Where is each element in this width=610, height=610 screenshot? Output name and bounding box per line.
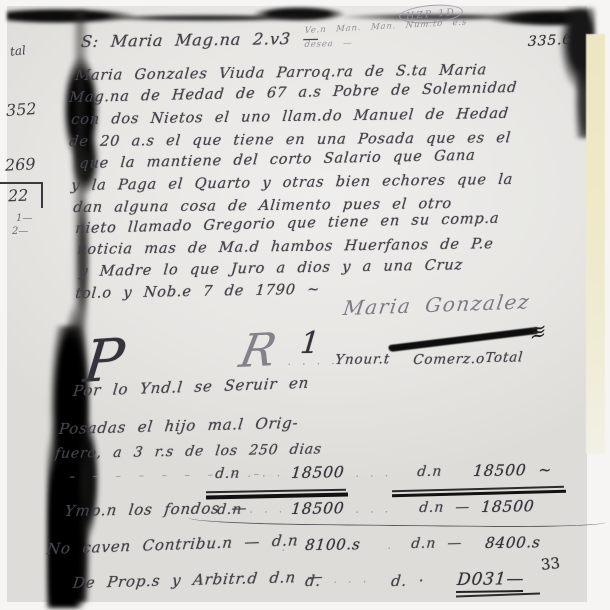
margin-number: 352	[5, 99, 37, 120]
row4-d-2: d. ·	[390, 572, 425, 590]
header-note-line2: desea —	[304, 38, 353, 50]
margin-small-number: 2—	[12, 226, 28, 237]
row4-d-1: d.	[304, 572, 322, 590]
row1-dn-2: d.n	[417, 464, 443, 480]
margin-box-line	[41, 182, 43, 208]
margin-fragment: tal	[9, 43, 26, 59]
smudge-top-edge	[7, 6, 587, 28]
scanned-document: tal 352 269 22 1— 2— HZP 1D S: Maria Mag…	[0, 0, 610, 610]
column-header-dots: · · · ·	[287, 357, 336, 371]
row1-dn-1: d.n	[215, 466, 241, 482]
row3-dn-2: d.n —	[411, 535, 463, 552]
row1-amount-2: 18500 ~	[472, 461, 553, 480]
row1-amount-1: 18500	[290, 463, 345, 482]
row4-dots: · · ·	[333, 576, 368, 589]
row3-amount-1: 8100.s	[304, 535, 361, 554]
margin-small-number: 1—	[16, 213, 32, 224]
row1-dots-1: · · ·	[247, 470, 282, 483]
column-header-comercio: Comerz.o	[413, 351, 486, 368]
column-header-total: Total	[485, 349, 524, 366]
column-header-individual: Ynour.t	[335, 351, 391, 368]
corner-reference-number: 335.6	[528, 32, 572, 50]
folio-number: 33	[540, 554, 561, 574]
row4-amount-2: D031—	[456, 569, 525, 593]
row1-dots-2: · · ·	[355, 470, 390, 483]
margin-number: 269	[5, 154, 36, 175]
row3-amount-2: 8400.s	[484, 533, 541, 552]
row2-amount-2: 18500	[480, 497, 535, 516]
flourish-one: 1	[299, 326, 322, 361]
margin-number: 22	[8, 186, 29, 206]
margin-box-line	[0, 182, 42, 184]
header-title: S: Maria Mag.na 2.v3 —	[80, 29, 320, 51]
backing-paper	[586, 34, 605, 454]
